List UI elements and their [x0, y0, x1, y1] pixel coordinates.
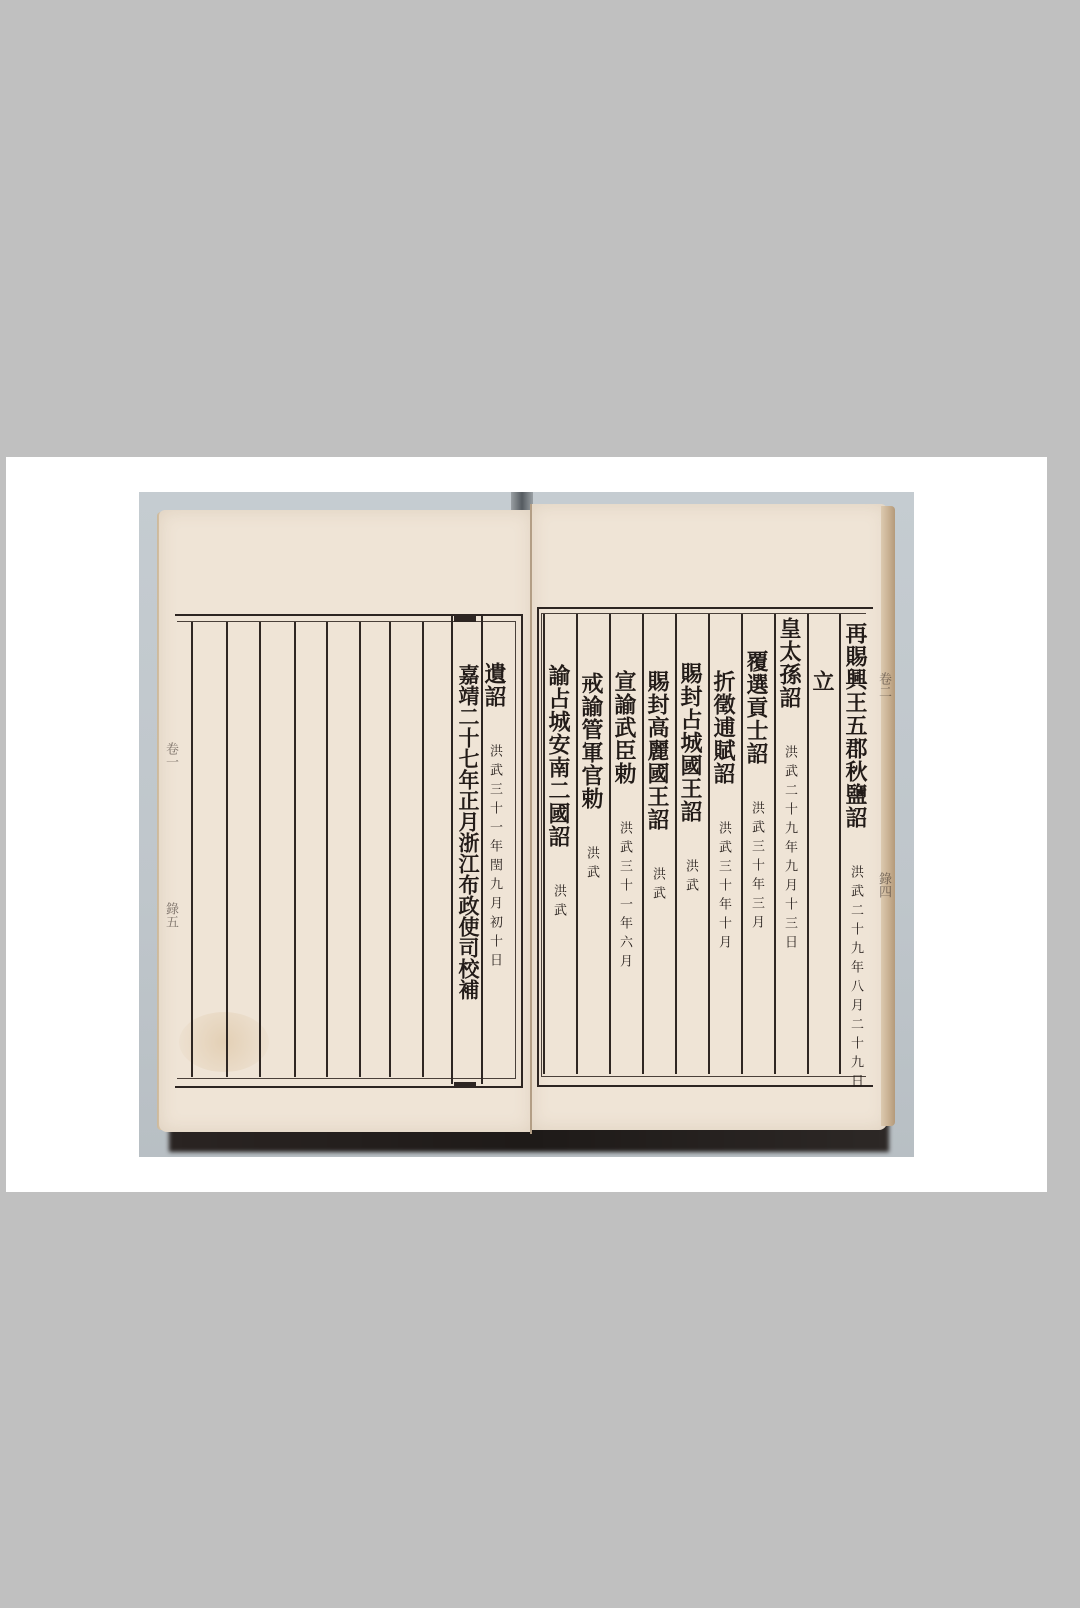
text-column: 覆選貢士詔 洪武三十年三月	[745, 650, 767, 934]
edict-title: 賜封高麗國王詔	[644, 670, 670, 831]
edict-date: 洪武	[650, 867, 665, 905]
banxin-colophon: 嘉靖二十七年正月浙江布政使司校補	[453, 664, 483, 1000]
edict-date: 洪武	[683, 859, 698, 897]
column-rule	[326, 622, 328, 1077]
edict-title: 覆選貢士詔	[743, 650, 769, 765]
column-rule	[294, 622, 296, 1077]
fishtail-top	[454, 616, 476, 622]
edict-date: 洪武二十九年八月二十九日	[848, 865, 863, 1093]
text-column: 賜封高麗國王詔 洪武	[646, 670, 668, 905]
text-column: 宣諭武臣勅 洪武三十一年六月	[613, 670, 635, 973]
column-rule	[226, 622, 228, 1077]
edict-title: 遺詔	[481, 662, 507, 708]
column-rule	[359, 622, 361, 1077]
edict-title: 戒諭管軍官勅	[578, 672, 604, 810]
text-column: 折徵逋賦詔 洪武三十年十月	[712, 670, 734, 954]
right-page-stack-edge	[881, 506, 895, 1126]
text-column: 戒諭管軍官勅 洪武	[580, 672, 602, 884]
fishtail-bottom	[454, 1082, 476, 1088]
edict-title: 立	[809, 670, 835, 693]
text-column: 立	[811, 670, 833, 693]
edict-title: 折徵逋賦詔	[710, 670, 736, 785]
edict-date: 洪武三十一年閏九月初十日	[487, 744, 502, 972]
spine-mark: 卷一	[161, 742, 180, 768]
column-rule	[422, 622, 424, 1077]
column-rule	[839, 614, 841, 1074]
column-rule	[259, 622, 261, 1077]
column-rule	[389, 622, 391, 1077]
text-column: 再賜興王五郡秋鹽詔 洪武二十九年八月二十九日	[844, 622, 866, 1093]
edict-date: 洪武三十一年六月	[617, 821, 632, 973]
column-rule	[191, 622, 193, 1077]
text-column: 諭占城安南二國詔 洪武	[547, 664, 569, 922]
spine-mark: 錄五	[161, 902, 180, 928]
edict-date: 洪武	[584, 846, 599, 884]
edict-date: 洪武三十年三月	[749, 801, 764, 934]
edict-date: 洪武三十年十月	[716, 821, 731, 954]
edict-title: 諭占城安南二國詔	[545, 664, 571, 848]
edict-title: 宣諭武臣勅	[611, 670, 637, 785]
edict-date: 洪武二十九年九月十三日	[782, 745, 797, 954]
text-column: 遺詔 洪武三十一年閏九月初十日	[483, 662, 505, 972]
spine-mark: 卷二	[874, 672, 893, 698]
text-column: 賜封占城國王詔 洪武	[679, 662, 701, 897]
text-column: 皇太孫詔 洪武二十九年九月十三日	[778, 617, 800, 954]
edict-title: 皇太孫詔	[776, 617, 802, 709]
edict-date: 洪武	[551, 884, 566, 922]
center-fold	[530, 504, 532, 1134]
edict-title: 賜封占城國王詔	[677, 662, 703, 823]
book-photo: 嘉靖二十七年正月浙江布政使司校補 遺詔 洪武三十一年閏九月初十日 卷一 錄五 再…	[139, 492, 914, 1157]
spine-mark: 錄四	[874, 872, 893, 898]
edict-title: 再賜興王五郡秋鹽詔	[842, 622, 868, 829]
